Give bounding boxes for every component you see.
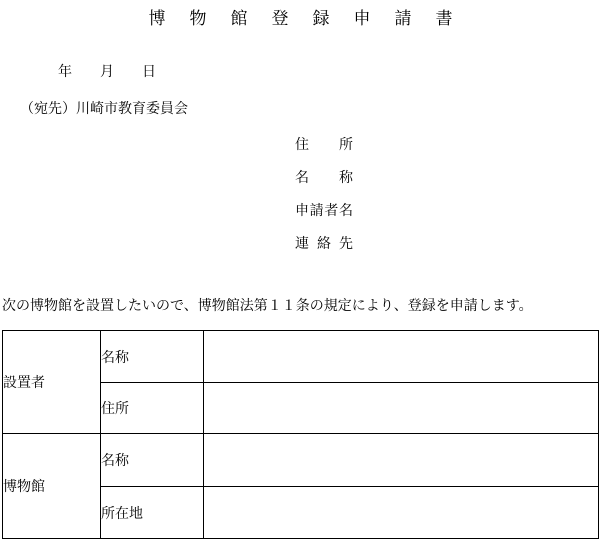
document-page: 博物館登録申請書 年 月 日 （宛先）川崎市教育委員会 住所 名称 申請者名 連…: [0, 0, 601, 539]
applicant-field-applicant-name: 申請者名: [295, 203, 353, 218]
table-value-cell-museum-name: [204, 434, 599, 487]
applicant-block: 住所 名称 申請者名 連絡先: [295, 137, 353, 251]
document-title: 博物館登録申請書: [0, 4, 601, 29]
applicant-field-name: 名称: [295, 170, 353, 185]
statement-line: 次の博物館を設置したいので、博物館法第１１条の規定により、登録を申請します。: [2, 295, 533, 315]
table-field-label-museum-name: 名称: [101, 434, 204, 487]
table-value-cell-museum-location: [204, 487, 599, 539]
table-field-label-installer-address: 住所: [101, 383, 204, 434]
applicant-field-address: 住所: [295, 137, 353, 152]
date-line: 年 月 日: [58, 61, 156, 81]
table-row: 設置者 名称: [3, 331, 599, 383]
recipient-line: （宛先）川崎市教育委員会: [20, 98, 188, 118]
table-value-cell-installer-address: [204, 383, 599, 434]
applicant-field-contact: 連絡先: [295, 236, 353, 251]
table-group-label-museum: 博物館: [3, 434, 101, 539]
table-group-label-installer: 設置者: [3, 331, 101, 434]
registration-table: 設置者 名称 住所 博物館 名称 所在地: [2, 330, 599, 539]
table-field-label-museum-location: 所在地: [101, 487, 204, 539]
table-field-label-installer-name: 名称: [101, 331, 204, 383]
table-row: 博物館 名称: [3, 434, 599, 487]
table-value-cell-installer-name: [204, 331, 599, 383]
